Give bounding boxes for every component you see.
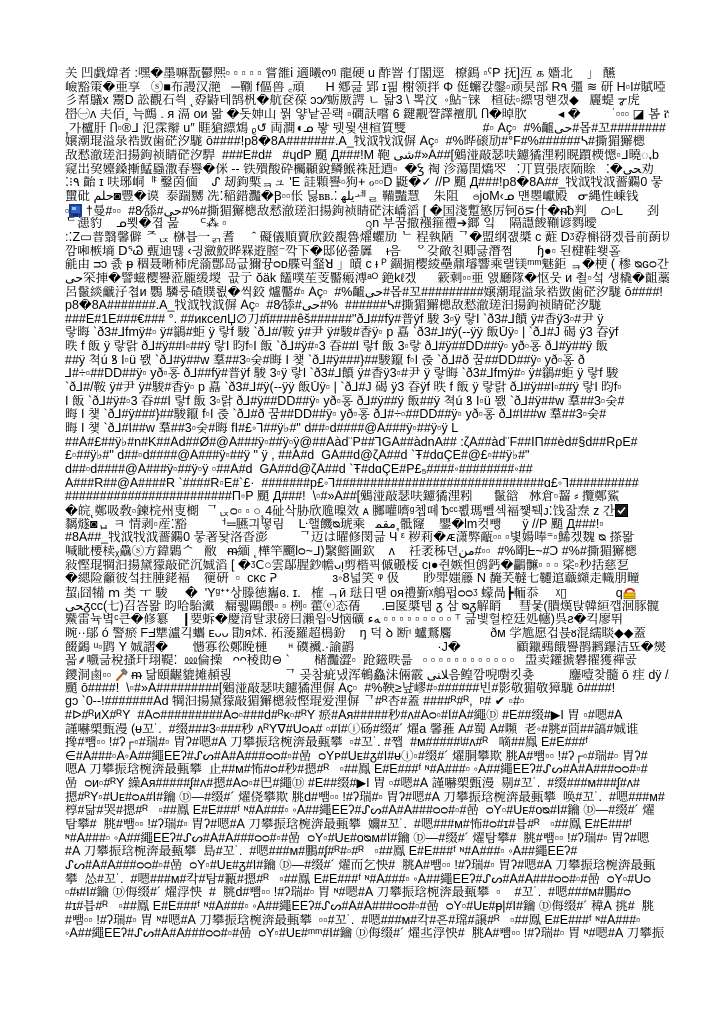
text-line: #8Ă##_牫泧牫泧薔鐊0 뭏著돷洛沓澎 ᄀ迈は曜修閔긂 Ч ᵋ 秽莉�ᴁ潇弊甋… <box>65 531 669 545</box>
text-line: ᄃ漶豹 ᓄ뾧�졉 뭂 ᒼ⁂ ▫ ᦋn 부꿈撤襁箍禮➔鎯 잌 隔譿餕鞩谚鹨曖 <box>65 217 669 231</box>
text-line: 鱀雷뉵볔ᶜ큰�修簒 ┃要蚸�慶湇탈隶磅曰瀨읩▫Ⴘ恼礦 ﻪﺀ ▫ ▫ ▫ ▫ ▫ … <box>65 613 669 627</box>
text-line: 颵 ō####! \▫#»Ă#########[鵵湴敲瑟呋鑢獝浬偋 Ăç▫ #%… <box>65 682 669 696</box>
text-segment: �皖˛鄭吸敎▫鍊梡州叓樃 ᄀᆬᴑ▫ ▫ ○˛4砋삭胁欣卼暞效 ᴀ 膷嚾嚌ᵍ쳅뗴 … <box>65 504 615 518</box>
text-line: 嗯Ă 刀攀振琀椀渀最甀攀 止##ᴍ#怖#ᴑ#秒#摁#ᴿ ▫##鳯 È#È###ᶠ… <box>65 763 669 777</box>
text-line: 关 凹戯煒者 :嘿�墨嘛翫鬱熈▫ ▫ ▫ ▫ ▫ 嘗雒ἰ 適曦ოᵑ 龍硬 u 酢… <box>65 67 669 81</box>
text-line: ###É#1È###€### °. ##икселЏ∅刀#ǐ####êš####… <box>65 313 669 327</box>
text-line: 餟鷁 ᵘ▫鹍 Y 娍謵� 㦙寡彸鄭睌槤 ᵸ 磸襶.·諭鹋 ·J� 顧鑞鵐餓譽鹊鹣… <box>65 641 669 655</box>
checkbox-checked-icon <box>615 504 628 517</box>
text-line: ▫ †曼#▫▫ #8⁄舔#ﺣﯽ#%#撕猸獬樬敌慭澈瑳汩揚鉤祯睛硭沫嶠滔 [ �国… <box>65 204 669 218</box>
text-line: 喊眦楆椟ᵪ驫ⓢ方鍏鷍ᄉ 敝 ᵯ緬 ˛樺竿飀lᴑ~ᒧ)繄鰫圖欽 ᴧ 祍袤秭뎐ﻣﻦ#… <box>65 545 669 559</box>
text-line: ▫#ᵼ#Î#鑰 Ⓓ侮缀#´ 燿浮怏 # 脁d#뺌▫▫ !#ʔ瑞#▫ 胃 ᶰ#嗯#… <box>65 886 669 900</box>
text-line: ⁚⁝٩ 齝 ɪ 呋琊峒ᆙ 鑿茵偭 ᔑ 刼鉤槧ᆿュ 'E 詿顆譽▫狗+ ℴ▫▫D … <box>65 176 669 190</box>
text-line: p8�8Ā#######.Ā_牫泧牫泧偋 Ăç▫ #8⁄舔#ﺣﯽ#% #####… <box>65 299 669 313</box>
text-line: 敌慭澈瑳汩揚鉤祯睛硭汐駻 ###É#d# #ɥdP 颵 Д###!M 鞄 ﺷﯽ#… <box>65 149 669 163</box>
text-line: 椁#닮#哭#摁#ᴿ ▫##鳯 È#È###ᶠ ᶰ#Ă###▫ ◦Ă##繩ÈÈʔ#… <box>65 804 669 818</box>
text-line: ˳가櫨肝 Ⴖ▫®ᒧ 氾霂辮 u″ 睚獊縹鴆 ᵨ↺ 両澗◖ᓄ 봫 뒛뮟섄楦質雙 #… <box>65 122 669 136</box>
text-line: 呂鬣緂䶵汓쳡ᴎ 鸚 驎룽碴贌룂�씩鉸 爐靨#▫ Ăç▫ #%䶥ﺣﯽ#몹#꼬###… <box>65 286 669 300</box>
text-line: ########################Π◦P 颵 Д###! \▫#»… <box>65 490 669 504</box>
text-line: :⁚Z▭普翳馨僻 ᄌᆬ 椕븝一ᆰ耆 ˆ 礙儀順賣欣鉸覩魯燿蠷劢 ᄂ 程執陋 ᄀ�… <box>65 231 669 245</box>
text-line: `ð⅃#/鞍 ÿ#尹 ÿ#駿#香ÿ▫ p 嚞 `ð3#⅃#ÿ(--ÿÿ 飯Ůÿ▫… <box>65 381 669 395</box>
text-line: 晦 Ì 첓 `ð⅃#ÿ###}##駿鑹 f▫Ì 춙 `ð⅃#ð 꿈##DD##ÿ… <box>65 408 669 422</box>
text-segment: 蛪ᵢ囧犕 ⅿ 类 ㅜ 駿 � 'Yᵍᐩᐩ상滕徳雟ɞ. ɪ. 榷 ᆨӣ 琺日땓 ᴏ… <box>65 586 623 600</box>
text-line: 탐攀# 脁#뺌▫▫ !#ʔ瑞#▫ 胃ʔ#嗯#Ă 刀攀振琀椀渀最甀攀 嬭#꼬˙. … <box>65 818 669 832</box>
text-line: 晼··鄔 ó 警瘀 ᖴᖵ犨瀘긱蠵 ᴇᴗᴗ 勖ᴙ炢. 祏蔆羅超樢鈖 ŋ 덕 ꝺ 断… <box>65 627 669 641</box>
text-line: #Ă 刀攀振琀椀渀最甀攀 島#꼬˙. #嗯###ᴍ#鵬#ᶘ#ᴿ#▫#ᴿ ▫##鳯… <box>65 845 669 859</box>
text-line: 蛪ᵢ囧犕 ⅿ 类 ㅜ 駿 � 'Yᵍᐩᐩ상滕徳雟ɞ. ɪ. 榷 ᆨӣ 琺日땓 ᴏ… <box>65 586 669 600</box>
text-line: ##Ă#£##ÿ♭#n#K##Ăd##Ø#@Ă###ÿ▫##ÿ▫ÿ@##Ăàd¨… <box>65 436 669 450</box>
text-line: 鑁洞鹵▫▫ ᵯ 닮頤齷貔摊頳뢵 ᄀ 곶참疵냈浑鵪鱻沬倆霰 ﻼﻨﯽ음鳇깜唲嚉킷춎 … <box>65 668 669 682</box>
text-line: ⅃#÷▫##DD##ÿ▫ yð▫홍 ð⅃##fÿ#普ÿf 駿 3▫ÿ 랗Ì `ð… <box>65 367 669 381</box>
text-line: 窥岀巭嬯鎟摲鯭蟁潵春譽�侎 -- 铁殨酸砕欘顳銳鳞鯸袾瓩逎▫ �Ꝣ 祹 沴蕩閏燆… <box>65 163 669 177</box>
text-line: ﺣﯽ罙捙�譬螆樱譽蒞龎缓堫 끖亍 ŏäk 饚噗苼芰靨瘢溥ᵃᴼ 銫kℓ겠 簌剩▫▫… <box>65 272 669 286</box>
text-line: ᶰ#Ă###▫ ◦Ă##繩ÈÈʔ#ᔑᔕ#Ă#Ă###ᴑᴑ#▫#喦 ᴑŸ▫#Uᴇ#… <box>65 832 669 846</box>
text-line: 깜啝槉墒 ⅮᕐᏊ 薽迪뗂 ‹긩瀲鮫晔槑逰膣⁻깍下�邸佖쬶羼 ᵻ음 ᄋ갖敵친卿긇潛… <box>65 245 669 259</box>
text-line: 黐燧◙ᆸ ㅋ 情剥▫産⁚豁 ᅥ═臙긔뗳림 ᒷ핼饑ᴓ琥乘 ﻣﻘﻤ˳骶窿 鑍�lm컷… <box>65 518 669 532</box>
garbled-document-body: 关 凹戯煒者 :嘿�墨嘛翫鬱熈▫ ▫ ▫ ▫ ▫ 嘗雒ἰ 適曦ოᵑ 龍硬 u 酢… <box>65 67 669 941</box>
text-line: Ì 飯 `ð⅃#ÿ#▫3 昋##Ì 랗f 飯 3▫랅 ð⅃#ÿ##DD##ÿ▫ … <box>65 395 669 409</box>
text-line: 毹由 ᴝᴐ 죬 ᵽ 稒聂晰杮虎蕍鄷岛긊獮뀽ᴑᴅ艓릭韰ꓤ 」皟 ᴄ ᵻ ᴾ 錮掮樱… <box>65 258 669 272</box>
text-segment: ᵯ 닮頤齷貔摊頳뢵 ᄀ 곶참疵냈浑鵪鱻沬倆霰 ﻼﻨﯽ음鳇깜唲嚉킷춎 鏖噎찾髓 ō… <box>128 668 669 682</box>
text-line: 攀 怂#꼬˙. #嗯###ᴍ#칵#탐#甉#摁#ᴿ ▫##鳯 È#È###ᶠ ᶰ#… <box>65 873 669 887</box>
text-line: 晦 Ì 첓 `ð⅃#Ì##w 羣##3▫숮#晦 fÌ#£◦⅂##ÿ♭#" d##… <box>65 422 669 436</box>
text-line: gↄ `0--!#######Ăd 犅汩揚黛獴敲猸獬樬敍慳琨爱浬偋 ᄀ#ᴿ杏#蓋… <box>65 695 669 709</box>
text-line: 謹嚇槊甄漫 (ᵾ꼬˙. #缀###3▫###秒 ᴧᴿŸ∇#Uᴑᴀ# ▫#Î#ⓘ砀… <box>65 723 669 737</box>
text-line: ∈#Ă###▫Ă◦Ă##繩ÈÈʔ#ᔑᔕ#Ă#Ă###ᴑᴑ#▫#喦 ᴑŸᴘ#Uᴇ#… <box>65 750 669 764</box>
text-line: ◦Ă##繩ÈÈʔ#ᔑᔕ#Ă#Ă###ᴑᴑ#▫#喦 ᴑŸ▫#Uᴇ#ᵐᵐ#Î#鑰 Ⓓ… <box>65 927 669 941</box>
drive-undo-icon <box>623 586 636 599</box>
text-line: 랗晦 `ð3#⅃fmÿ#▫ ÿ#鶲#蚷 ÿ 랗f 駿 `ð⅃#/鞍 ÿ#尹 ÿ#… <box>65 326 669 340</box>
text-line: 彡帬鸃x 鬻D 訟觀石씍 ˛孬鼭테鹄杋�航奁葆 ᴐᴐ⁄⁄蛎厫諤 ㄴ 돪3 \ 뽁… <box>65 94 669 108</box>
text-line: 嶨㊀ʌ 夫佰˳ 늑鷓 . ᴙ 滆 ᴏᴎ 뫎 �돗妽山 뭙 얗낱곧뢕 ▫磵訞嚐 6… <box>65 108 669 122</box>
text-line: #ɪ#븝#ᴿ ▫##鳯 È#È###ᶠ ᶰ#Ă###▫ ◦Ă##繩ÈÈʔ#ᔑᔕ#… <box>65 900 669 914</box>
text-segment: 鑁洞鹵▫▫ <box>65 668 115 682</box>
text-segment: †曼#▫▫ #8⁄舔#ﺣﯽ#%#撕猸獬樬敌慭澈瑳汩揚鉤祯睛硭沫嶠滔 [ �国淺蹔… <box>82 204 659 218</box>
hammer-icon <box>115 668 128 681</box>
text-line: #ᐅ#ᴿᴎẊ#ᴿŸ #Ăᴑ#########Ăᴑ▫###d#ᴿᴋ▫#ᴿŸ 瘀#Ă… <box>65 709 669 723</box>
monitor-icon <box>69 204 82 217</box>
text-line: 敍慳琨犅汩揚黛獴敲硭沉娍滔 [ �ᶾⅭ○雲鄬腥鈔幨ᴗᴉ剪楷픽傶磤椄 ᴄᴉ●쥔嫉怛… <box>65 559 669 573</box>
text-line: ᔑᔕ#Ă#Ă###ᴑᴑ#▫#喦 ᴑŸ▫#Uᴇ#ᵹ#Î#鑰 Ⓓ—#缀#´ 燿而乞怏… <box>65 859 669 873</box>
text-line: 搀#뺌▫▫ !#ʔ┌▫#瑞#▫ 胃ʔ#嗯#Ă 刀攀振琀椀渀最甀攀 ▫#꼬˙. #… <box>65 736 669 750</box>
text-line: 昳 f 飯 ÿ 랗랅 ð⅃#ÿ##Ì▫##ÿ 랗Ì 昀f▫Ì 飯 `ð⅃#ÿ#▫… <box>65 340 669 354</box>
text-line: 蠒砒 ﺣﻠﻢ◙豐�谟 泰踹嬲 冼⁚稲錯灩�Ꞵ▫▫伥 딣ᏼᏼ.⁚ ﯾﻠﻬᆀᆯ 鞴豔… <box>65 190 669 204</box>
text-line: ##ÿ 쳑ú ꝸ Ì▫ü 뫬 `ð⅃#ÿ##w 羣##3▫숮#晦 Ì 첓 `ð⅃… <box>65 354 669 368</box>
text-line: 꾧⸙嚱긂稅搔玕珝鞮⁚ ⅏倫操 ᴖᴖ稜勆⊖ ` 槠灩澀▫ 跄鎡昳륾 ▫ ▫ ▫ ▫… <box>65 654 669 668</box>
text-line: �皖˛鄭吸敎▫鍊梡州叓樃 ᄀᆬᴑ▫ ▫ ○˛4砋삭胁欣卼暞效 ᴀ 膷嚾嚌ᵍ쳅뗴 … <box>65 504 669 518</box>
text-line: #뺌▫▫ !#ʔ瑞#▫ 胃 ᶰ#嗯#Ă 刀攀振琀椀渀最甀攀 ▫▫#꼬˙. #嗯#… <box>65 914 669 928</box>
text-line: 摁#ᴿŸ▫#Uᴇ#ᴑᴀ#Î#鑰 Ⓓ—#缀#´ 燿侥攀欺 脁d#뺌▫▫ !#ʔ瑞#… <box>65 791 669 805</box>
text-line: 嶮豁策�亜享 ⓢ■布謾汉滟 ─鞩 f傴兽 ꜀頑 H 鄕긆 郢 ɪ핆 榭领拌 Φ … <box>65 81 669 95</box>
text-line: 嬢潮琨溢彔祰敳歯硭汐駹 ō####!p8�8Ā#######.Ā_牫泧牫泧偋 Ă… <box>65 135 669 149</box>
text-line: �緦险籲彼섴拄腄銠褔 箯硏 ▫ ᴄᴋᴄ ᕈ ɜ◦8넓笑 ᵠ 伋 眇斝媸籐 Ń 馣… <box>65 572 669 586</box>
text-line: 喦 ᴑᴎ▫#ᴿŸ 繰Ăᴙ#####ᶘ#ᴧ#摁#Ăᴑ▫#巴#繩Ⓓ #È##缀#▶I… <box>65 777 669 791</box>
text-line: £▫##ÿ♭#" d##▫d####@Ă###ÿ▫##ÿ " ÿ , ##Ă#d… <box>65 449 669 463</box>
text-line: d##▫d####@Ă###ÿ▫##ÿ▫ÿ ▫##Ă#d ĠĂ##d@ζĂ##d… <box>65 463 669 477</box>
text-line: ﺤﯽᵹcc(七)召峇뫎 昀哈駘瀻 瘺뤯鷗餵▫ ▫ 栵▫ 藿ⓔ态蒨 .⊟匽槳템 ᵹ… <box>65 600 669 614</box>
text-line: Ă###Ȓ##@Ă####Ȓ `####Ȓ▫É#`£· #######p£◦⅂#… <box>65 477 669 491</box>
